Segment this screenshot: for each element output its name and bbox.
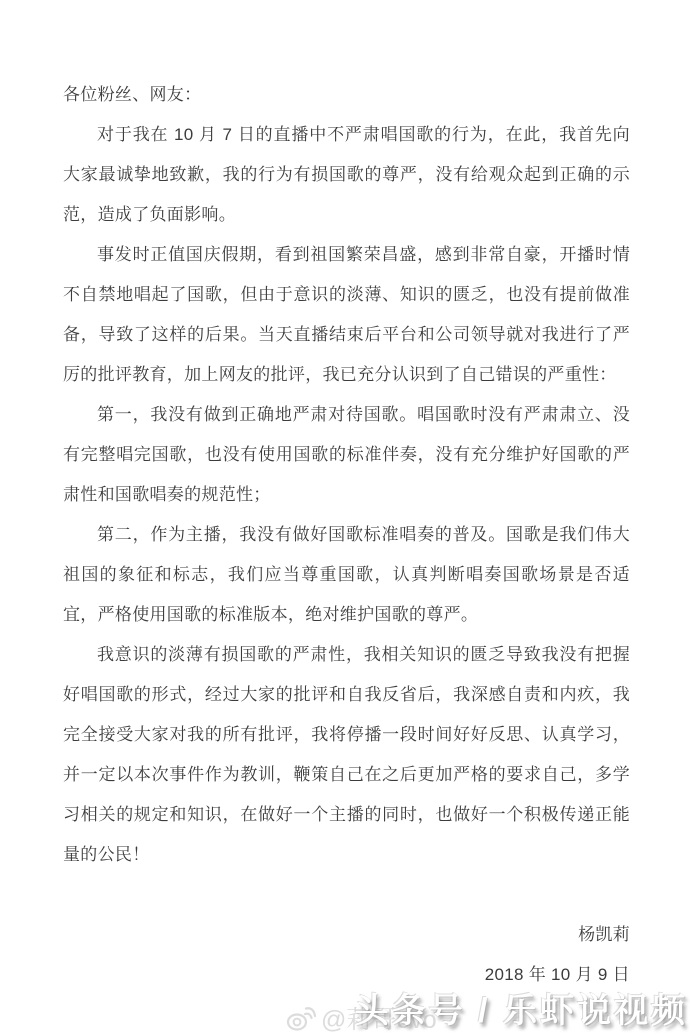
letter-paragraph: 第二，作为主播，我没有做好国歌标准唱奏的普及。国歌是我们伟大祖国的象征和标志，我… (63, 515, 630, 635)
letter-paragraph: 第一，我没有做到正确地严肃对待国歌。唱国歌时没有严肃肃立、没有完整唱完国歌，也没… (63, 395, 630, 515)
apology-letter: 各位粉丝、网友： 对于我在 10 月 7 日的直播中不严肃唱国歌的行为，在此，我… (63, 75, 630, 995)
weibo-icon (286, 1005, 316, 1032)
letter-salutation: 各位粉丝、网友： (63, 75, 630, 115)
apology-letter-page: 各位粉丝、网友： 对于我在 10 月 7 日的直播中不严肃唱国歌的行为，在此，我… (0, 0, 690, 1035)
signature-name: 杨凯莉 (63, 915, 630, 955)
toutiao-watermark: 头条号 / 乐虾说视频 (355, 983, 688, 1032)
toutiao-watermark-text: 头条号 / 乐虾说视频 (355, 992, 688, 1030)
letter-paragraph: 事发时正值国庆假期，看到祖国繁荣昌盛，感到非常自豪，开播时情不自禁地唱起了国歌，… (63, 235, 630, 395)
letter-paragraph: 对于我在 10 月 7 日的直播中不严肃唱国歌的行为，在此，我首先向大家最诚挚地… (63, 115, 630, 235)
letter-paragraph: 我意识的淡薄有损国歌的严肃性，我相关知识的匮乏导致我没有把握好唱国歌的形式，经过… (63, 635, 630, 875)
